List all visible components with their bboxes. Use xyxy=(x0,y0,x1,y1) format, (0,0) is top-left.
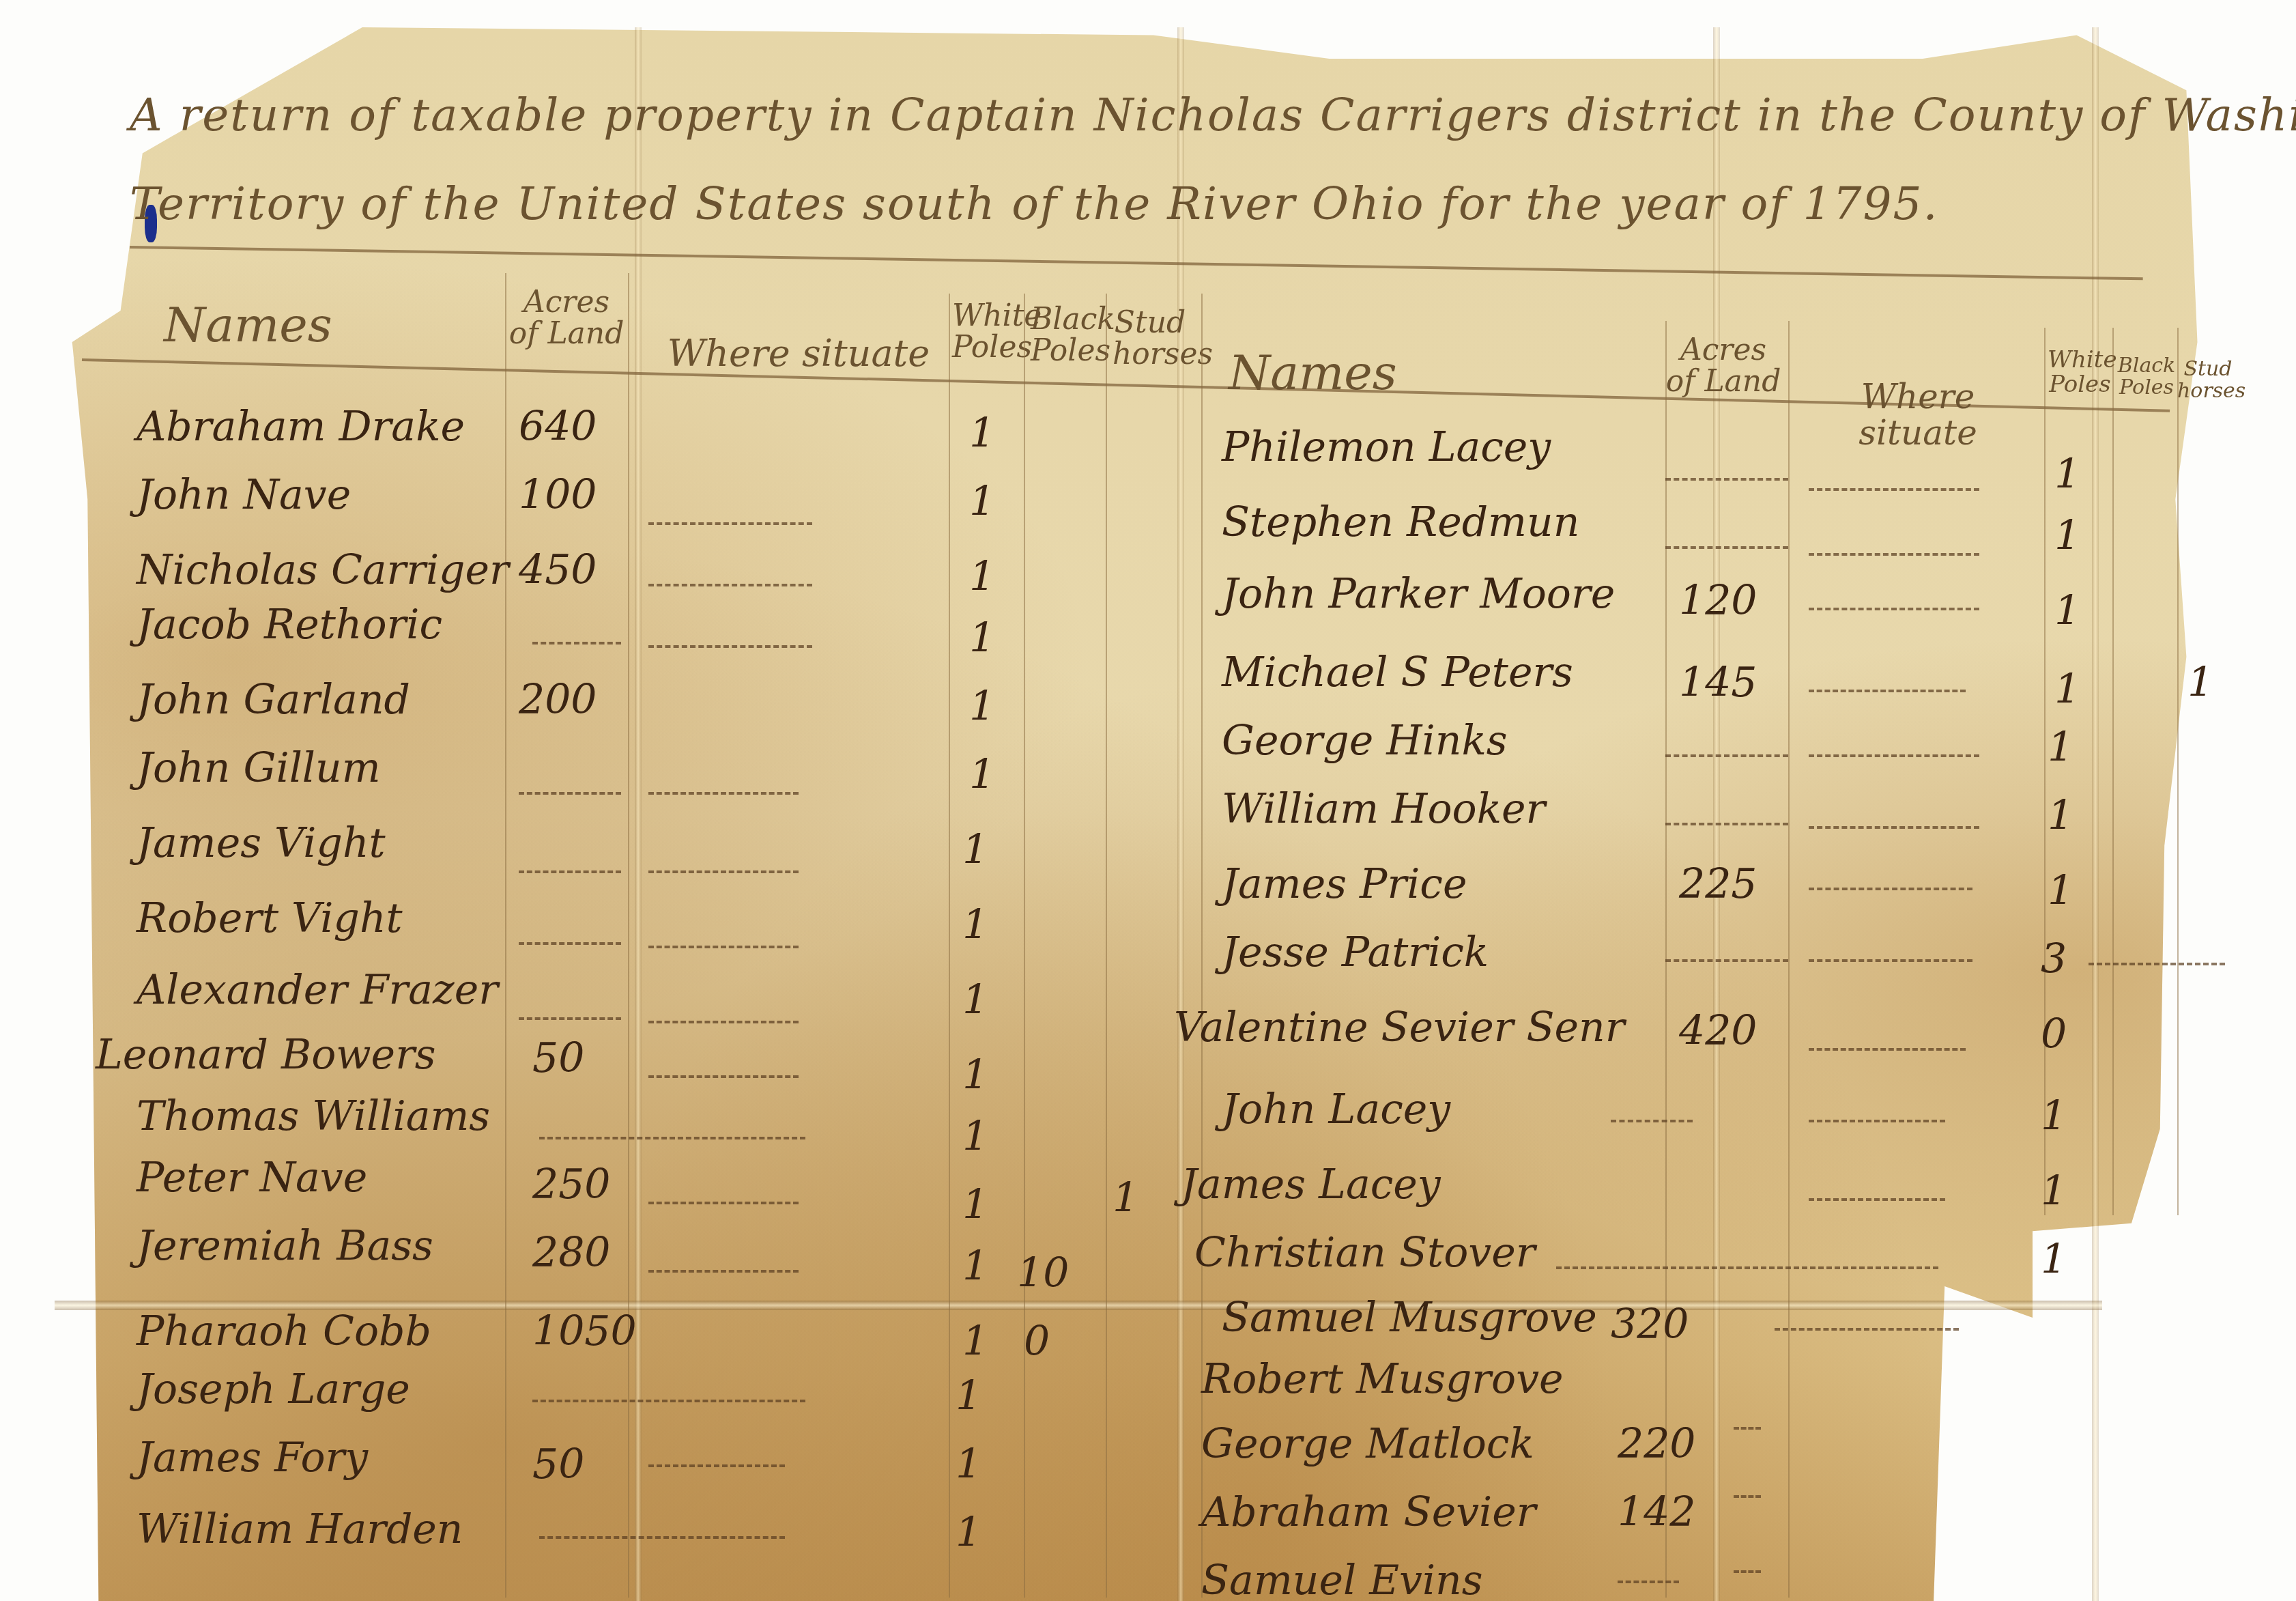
column-divider xyxy=(2177,328,2179,1215)
blank-dash xyxy=(1809,1120,1945,1122)
fold-line xyxy=(2092,27,2099,1601)
white-poles-value: 1 xyxy=(962,901,988,949)
blank-dash xyxy=(648,1021,799,1023)
fold-line xyxy=(1713,27,1720,1601)
stud-horses-value: 1 xyxy=(2187,659,2213,707)
white-poles-value: 1 xyxy=(2041,1092,2067,1140)
table-row-name: Jeremiah Bass xyxy=(137,1222,433,1270)
acres-value: 1050 xyxy=(532,1307,637,1355)
white-poles-value: 1 xyxy=(2048,792,2073,840)
white-poles-value: 1 xyxy=(2054,587,2080,635)
table-row-name: William Hooker xyxy=(1222,785,1545,833)
white-poles-value: 1 xyxy=(962,1243,988,1290)
column-divider xyxy=(1024,294,1025,1598)
header-acres-right: Acres of Land xyxy=(1665,335,1781,397)
table-row-name: Abraham Drake xyxy=(137,403,465,451)
table-row-name: James Price xyxy=(1222,860,1467,908)
blank-dash xyxy=(1665,546,1788,549)
table-row-name: Alexander Frazer xyxy=(137,966,498,1014)
table-row-name: Samuel Musgrove xyxy=(1222,1294,1597,1342)
white-poles-value: 1 xyxy=(969,614,995,662)
white-poles-value: 1 xyxy=(962,1181,988,1229)
acres-value: 420 xyxy=(1679,1007,1757,1055)
white-poles-value: 1 xyxy=(962,976,988,1024)
header-white-poles-right: White Poles xyxy=(2048,348,2112,397)
header-stud-horses-left: Stud horses xyxy=(1113,307,1188,370)
table-row-name: John Gillum xyxy=(137,744,381,792)
blank-dash xyxy=(532,642,621,644)
blank-dash xyxy=(648,870,799,873)
blank-dash xyxy=(519,792,621,795)
blank-dash xyxy=(1665,959,1788,962)
table-row-name: Valentine Sevier Senr xyxy=(1174,1004,1624,1051)
table-row-name: John Nave xyxy=(137,471,351,519)
black-poles-value: 10 xyxy=(1017,1249,1069,1297)
header-black-poles-left: Black Poles xyxy=(1031,304,1106,367)
table-row-name: Christian Stover xyxy=(1194,1229,1535,1277)
table-row-name: William Harden xyxy=(137,1505,463,1553)
blank-dash xyxy=(1809,690,1966,692)
blank-dash xyxy=(519,870,621,873)
column-divider xyxy=(2112,328,2114,1215)
table-row-name: Nicholas Carriger xyxy=(137,546,509,594)
table-row-name: James Lacey xyxy=(1181,1161,1441,1208)
white-poles-value: 1 xyxy=(2054,451,2080,498)
blank-dash xyxy=(1809,608,1979,610)
white-poles-value: 1 xyxy=(969,553,995,601)
table-row-name: Michael S Peters xyxy=(1222,649,1573,696)
blank-dash xyxy=(532,1400,805,1402)
blank-dash xyxy=(1809,754,1979,757)
blank-dash xyxy=(1611,1120,1693,1122)
blank-dash xyxy=(2089,963,2225,965)
blank-dash xyxy=(519,1017,621,1020)
white-poles-value: 1 xyxy=(962,1051,988,1099)
blank-dash xyxy=(648,1464,785,1467)
black-poles-value: 0 xyxy=(1024,1318,1050,1365)
white-poles-value: 1 xyxy=(2048,867,2073,915)
white-poles-value: 1 xyxy=(962,1113,988,1161)
white-poles-value: 3 xyxy=(2041,935,2067,983)
table-row-name: James Vight xyxy=(137,819,386,867)
acres-value: 50 xyxy=(532,1034,584,1082)
table-row-name: Robert Musgrove xyxy=(1201,1355,1564,1403)
white-poles-value: 1 xyxy=(962,1318,988,1365)
white-poles-value: 1 xyxy=(956,1372,981,1420)
acres-value: 100 xyxy=(519,471,597,519)
stud-horses-value: 1 xyxy=(1113,1174,1138,1222)
blank-dash xyxy=(648,584,812,586)
table-row-name: John Parker Moore xyxy=(1222,570,1615,618)
fold-line xyxy=(635,27,642,1601)
blank-dash xyxy=(648,946,799,948)
acres-value: 145 xyxy=(1679,659,1757,707)
white-poles-value: 1 xyxy=(956,1441,981,1488)
acres-value: 200 xyxy=(519,676,597,724)
white-poles-value: 1 xyxy=(2041,1167,2067,1215)
blank-dash xyxy=(1809,1198,1945,1201)
acres-value: 142 xyxy=(1618,1488,1696,1536)
table-row-name: Stephen Redmun xyxy=(1222,498,1579,546)
column-divider xyxy=(1788,321,1790,1598)
blank-dash xyxy=(539,1536,785,1539)
column-divider xyxy=(628,273,629,1598)
blank-dash xyxy=(1775,1328,1959,1331)
table-row-name: Joseph Large xyxy=(137,1365,410,1413)
acres-value: 50 xyxy=(532,1441,584,1488)
blank-dash xyxy=(1665,823,1788,825)
table-row-name: Thomas Williams xyxy=(137,1092,490,1140)
acres-value: 250 xyxy=(532,1161,611,1208)
white-poles-value: 1 xyxy=(969,410,995,457)
blank-dash xyxy=(648,1270,799,1273)
table-row-name: James Fory xyxy=(137,1434,368,1482)
header-names-right: Names xyxy=(1229,348,1397,399)
table-row-name: Leonard Bowers xyxy=(96,1031,436,1079)
header-acres-left: Acres of Land xyxy=(505,287,628,350)
blank-dash xyxy=(648,1202,799,1204)
column-divider xyxy=(949,294,950,1598)
acres-value: 225 xyxy=(1679,860,1757,908)
column-divider xyxy=(1106,294,1107,1598)
blank-dash xyxy=(1809,553,1979,556)
white-poles-value: 1 xyxy=(969,751,995,799)
table-row-name: Philemon Lacey xyxy=(1222,423,1551,471)
title-line-1: A return of taxable property in Captain … xyxy=(130,89,2296,141)
header-names-left: Names xyxy=(164,300,332,351)
white-poles-value: 1 xyxy=(2054,666,2080,713)
blank-dash xyxy=(1809,488,1979,491)
white-poles-value: 1 xyxy=(969,683,995,731)
blank-dash xyxy=(1665,478,1788,481)
table-row-name: George Matlock xyxy=(1201,1420,1534,1468)
table-row-name: Jesse Patrick xyxy=(1222,929,1489,976)
blank-dash xyxy=(648,645,812,648)
table-row-name: Jacob Rethoric xyxy=(137,601,442,649)
acres-value: 320 xyxy=(1611,1301,1689,1348)
table-row-name: John Garland xyxy=(137,676,410,724)
acres-value: 220 xyxy=(1618,1420,1696,1468)
blank-dash xyxy=(1734,1427,1761,1430)
column-divider xyxy=(505,273,506,1598)
table-row-name: Robert Vight xyxy=(137,894,403,942)
acres-value: 120 xyxy=(1679,577,1757,625)
blank-dash xyxy=(1734,1495,1761,1498)
blank-dash xyxy=(519,942,621,945)
header-stud-horses-right: Stud horses xyxy=(2177,358,2239,401)
title-line-2: Territory of the United States south of … xyxy=(130,178,1939,230)
blank-dash xyxy=(1618,1581,1679,1583)
blank-dash xyxy=(1809,959,1972,962)
table-row-name: Abraham Sevier xyxy=(1201,1488,1536,1536)
blank-dash xyxy=(1665,754,1788,757)
blank-dash xyxy=(648,792,799,795)
blank-dash xyxy=(1809,1048,1966,1051)
table-row-name: Samuel Evins xyxy=(1201,1557,1483,1601)
acres-value: 280 xyxy=(532,1229,611,1277)
white-poles-value: 1 xyxy=(2048,724,2073,771)
header-white-poles-left: White Poles xyxy=(952,300,1020,363)
header-where-left: Where situate xyxy=(662,335,935,373)
header-where-right: Where situate xyxy=(1802,379,2034,451)
table-row-name: Peter Nave xyxy=(137,1154,367,1202)
blank-dash xyxy=(1809,826,1979,829)
white-poles-value: 1 xyxy=(2054,512,2080,560)
column-divider xyxy=(2044,328,2046,1215)
white-poles-value: 0 xyxy=(2041,1010,2067,1058)
acres-value: 450 xyxy=(519,546,597,594)
table-row-name: Pharaoh Cobb xyxy=(137,1307,431,1355)
white-poles-value: 1 xyxy=(962,826,988,874)
table-row-name: George Hinks xyxy=(1222,717,1508,765)
blank-dash xyxy=(1809,888,1972,890)
acres-value: 640 xyxy=(519,403,597,451)
header-black-poles-right: Black Poles xyxy=(2116,355,2177,398)
blank-dash xyxy=(648,1075,799,1078)
blank-dash xyxy=(648,522,812,525)
white-poles-value: 1 xyxy=(956,1509,981,1557)
blank-dash xyxy=(1734,1570,1761,1573)
table-row-name: John Lacey xyxy=(1222,1086,1450,1133)
white-poles-value: 1 xyxy=(2041,1236,2067,1284)
blank-dash xyxy=(1556,1266,1938,1269)
white-poles-value: 1 xyxy=(969,478,995,526)
blank-dash xyxy=(539,1137,805,1139)
